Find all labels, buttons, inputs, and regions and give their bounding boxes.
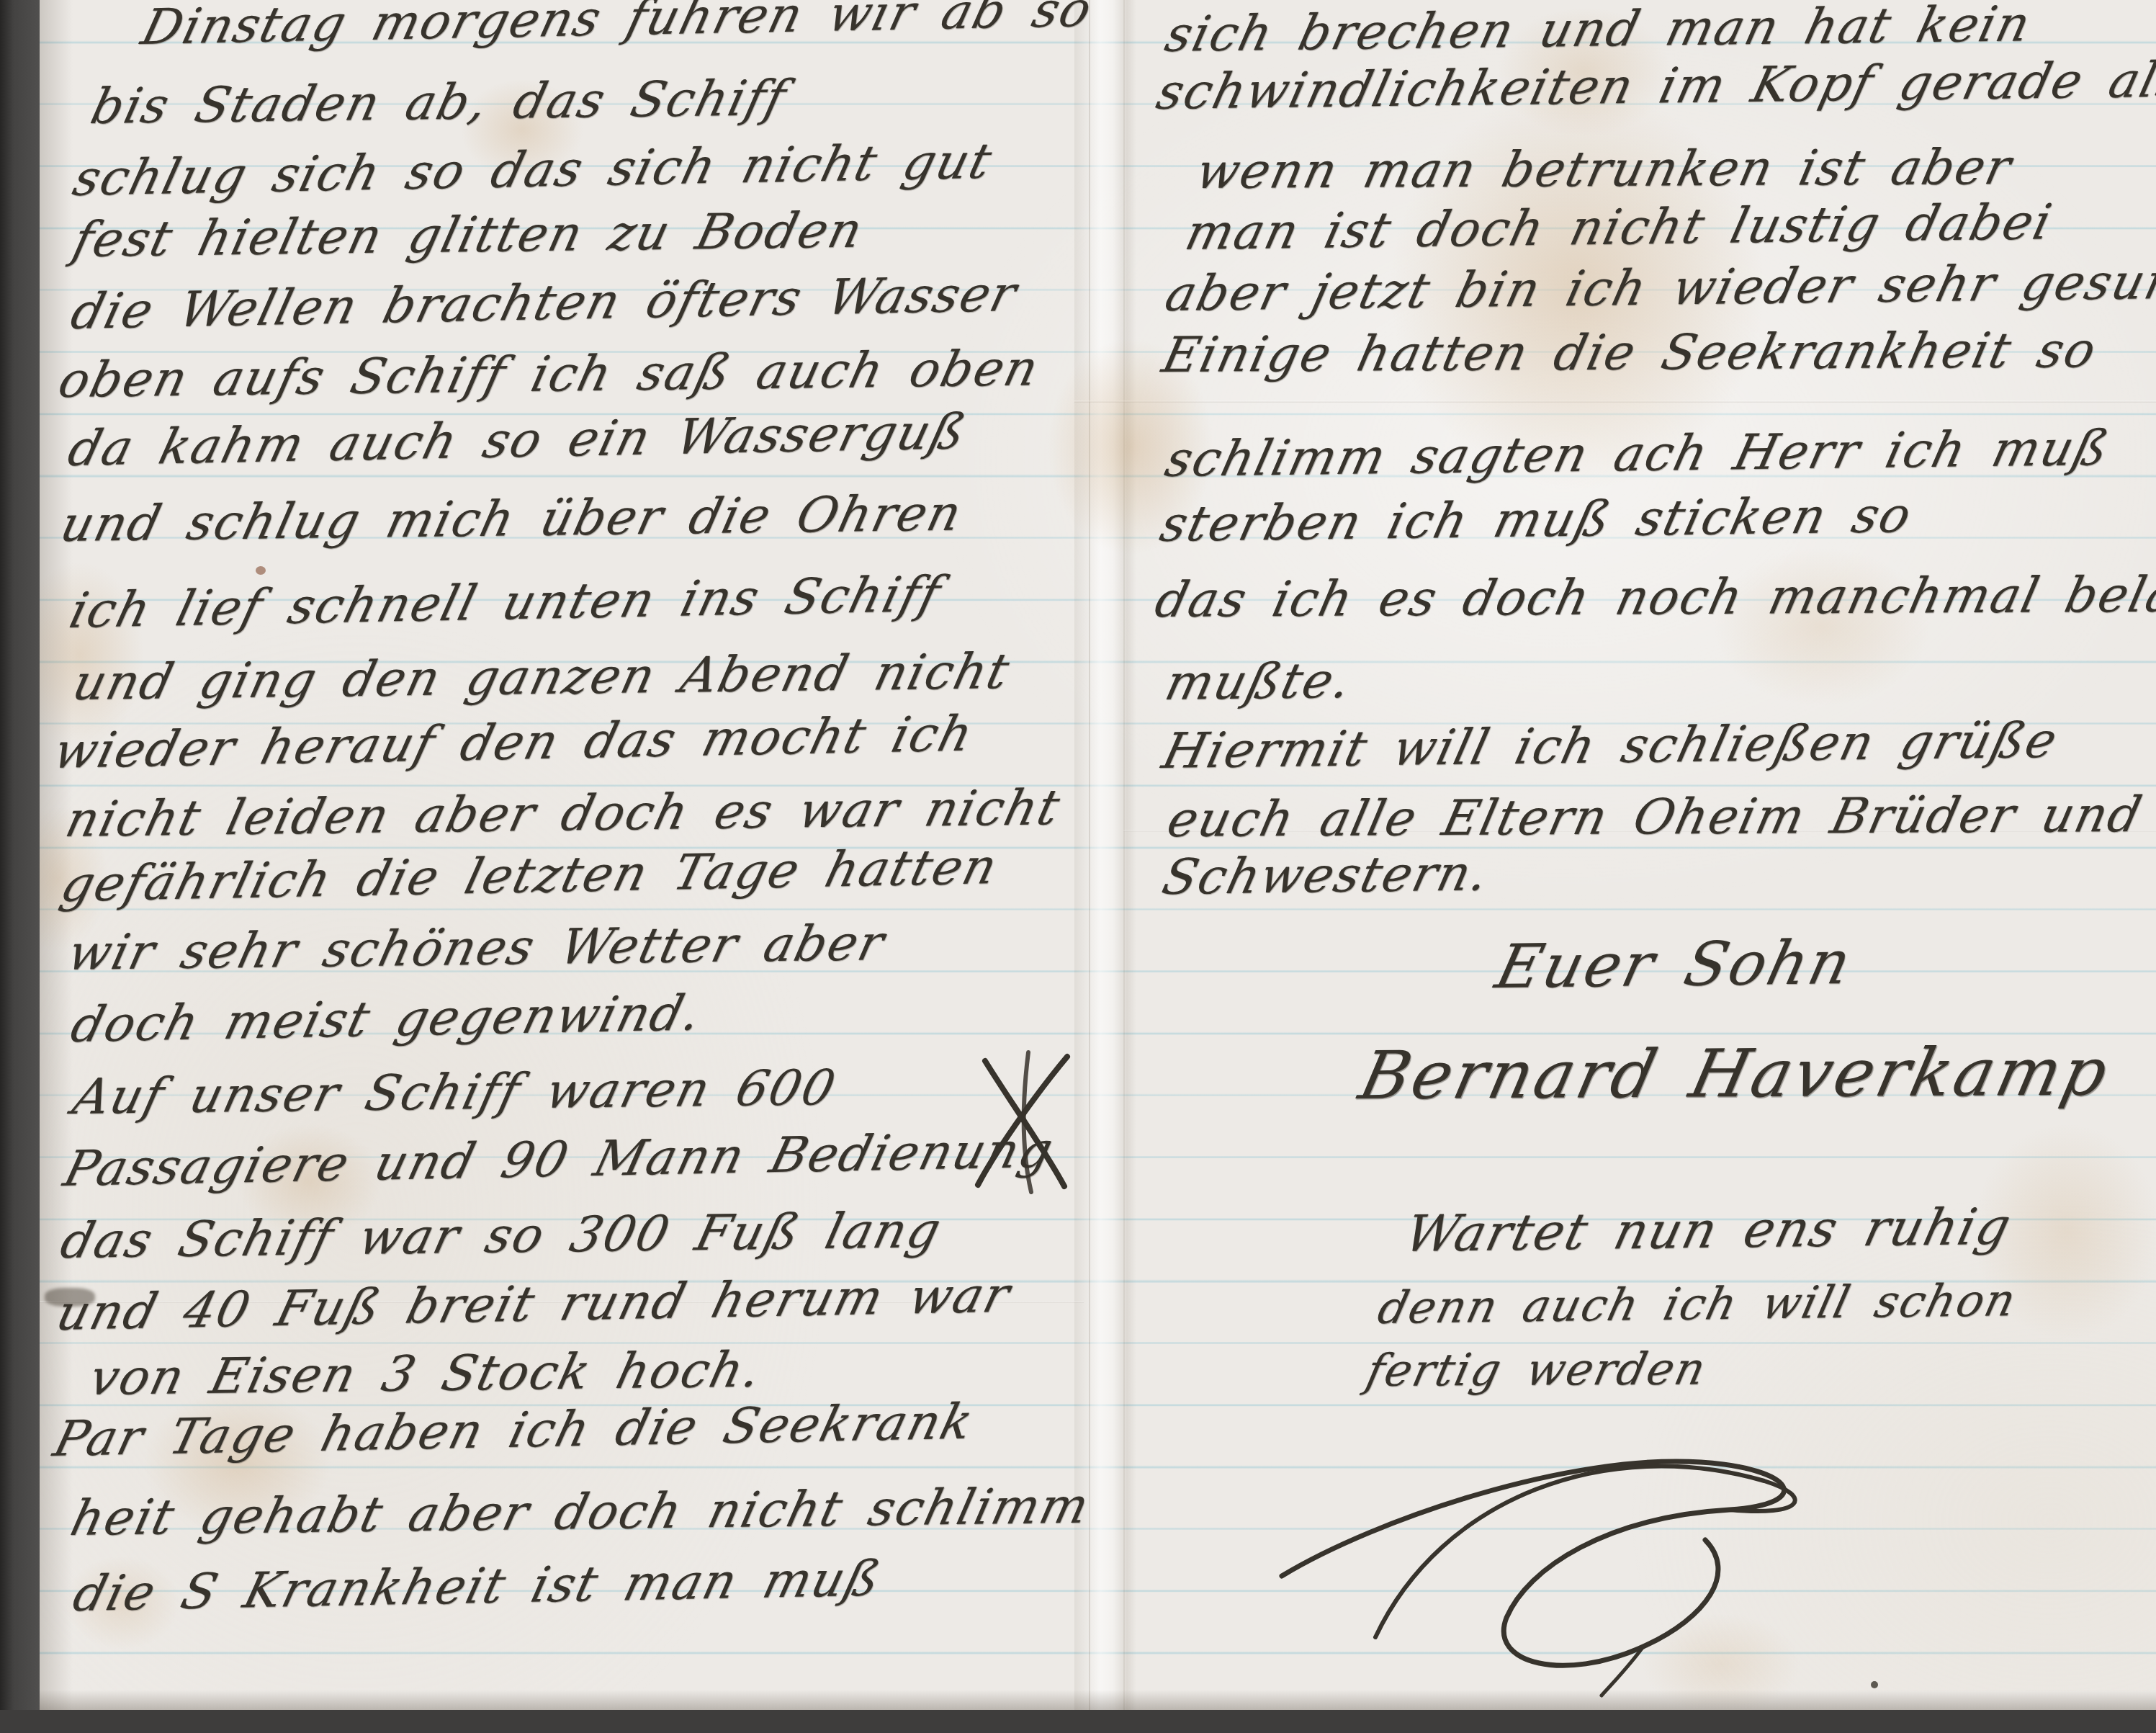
letter-line: doch meist gegenwind. [66, 989, 707, 1050]
letter-line: und schlug mich über die Ohren [56, 490, 967, 550]
letter-line: mußte. [1161, 657, 1357, 708]
fold-crease-line [1089, 0, 1090, 1710]
scanner-background-left [0, 0, 40, 1733]
letter-line: wir sehr schönes Wetter aber [63, 919, 889, 978]
ink-speck [256, 566, 266, 575]
letter-line: nicht leiden aber doch es war nicht [61, 784, 1065, 845]
postscript-line: Wartet nun ens ruhig [1401, 1201, 2016, 1259]
postscript-line: denn auch ich will schon [1374, 1278, 2021, 1330]
crossed-out-word-mark [965, 1048, 1080, 1199]
letter-line: aber jetzt bin ich wieder sehr gesund [1161, 257, 2156, 319]
letter-line: euch alle Eltern Oheim Brüder und [1163, 791, 2147, 845]
letter-line: Schwestern. [1158, 850, 1494, 903]
letter-line: Auf unser Schiff waren 600 [68, 1064, 841, 1122]
letter-line: und ging den ganzen Abend nicht [68, 648, 1015, 708]
letter-line: das ich es doch noch manchmal belachen [1151, 570, 2156, 625]
letter-line: bis Staden ab, das Schiff [86, 74, 791, 132]
letter-line: von Eisen 3 Stock hoch. [85, 1346, 766, 1403]
letter-line: das Schiff war so 300 Fuß lang [56, 1206, 946, 1266]
ink-speck [1871, 1681, 1878, 1688]
letter-closing: Euer Sohn [1491, 932, 1859, 997]
signature-flourish [1269, 1396, 1867, 1706]
signature: Bernard Haverkamp [1354, 1039, 2116, 1109]
scanner-background-bottom [0, 1710, 2156, 1733]
letter-line: sich brechen und man hat kein [1161, 0, 2036, 60]
letter-line: fest hielten glitten zu Boden [68, 207, 868, 265]
fold-crease-line [1123, 0, 1125, 1710]
letter-line: oben aufs Schiff ich saß auch oben [54, 344, 1044, 406]
letter-line: Einige hatten die Seekrankheit so [1158, 326, 2101, 380]
letter-line: schwindlichkeiten im Kopf gerade als [1152, 56, 2156, 117]
letter-line: schlimm sagten ach Herr ich muß [1161, 424, 2114, 485]
letter-line: heit gehabt aber doch nicht schlimm [66, 1482, 1095, 1544]
center-fold-crease [1074, 0, 1136, 1710]
letter-line: sterben ich muß sticken so [1156, 491, 1917, 550]
letter-line: Hiermit will ich schließen grüße [1158, 717, 2062, 776]
postscript-line: fertig werden [1362, 1347, 1711, 1393]
letter-line: man ist doch nicht lustig dabei [1181, 198, 2057, 258]
scanned-letter: Dinstag morgens fuhren wir ab so bis Sta… [0, 0, 2156, 1733]
letter-line: wenn man betrunken ist aber [1192, 143, 2016, 197]
paper-edge-shadow [40, 1690, 2156, 1710]
